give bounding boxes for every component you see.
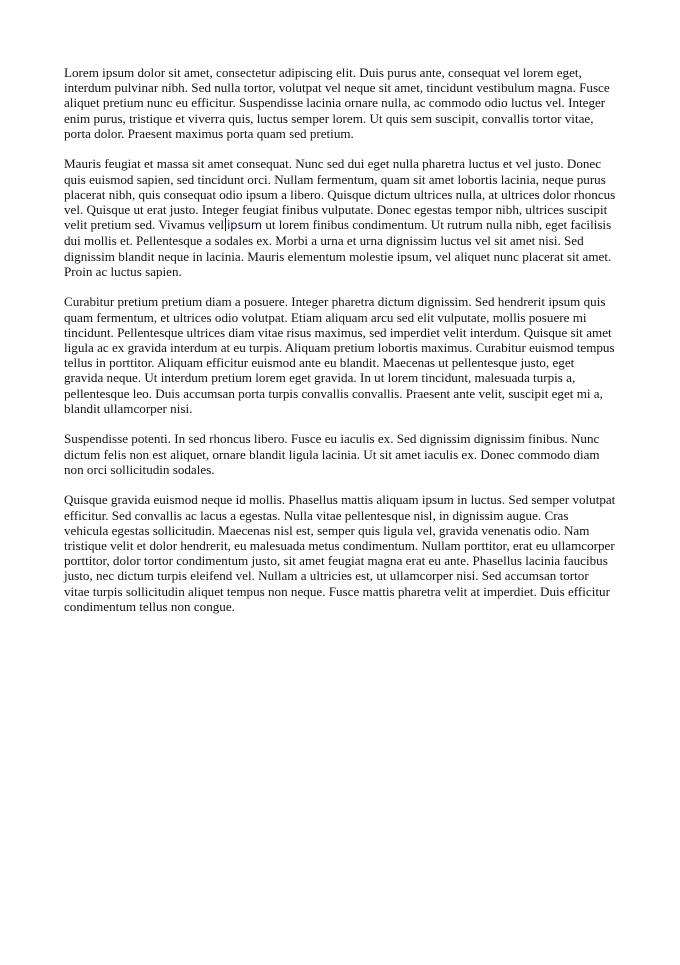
- paragraph-1: Lorem ipsum dolor sit amet, consectetur …: [64, 65, 616, 141]
- paragraph-3: Curabitur pretium pretium diam a posuere…: [64, 294, 616, 416]
- paragraph-5: Quisque gravida euismod neque id mollis.…: [64, 492, 616, 614]
- text-cursor: [225, 218, 226, 231]
- document-page: Lorem ipsum dolor sit amet, consectetur …: [0, 0, 680, 965]
- inserted-word: ipsum: [227, 218, 262, 232]
- document-body[interactable]: Lorem ipsum dolor sit amet, consectetur …: [64, 65, 616, 629]
- paragraph-2: Mauris feugiat et massa sit amet consequ…: [64, 156, 616, 279]
- paragraph-4: Suspendisse potenti. In sed rhoncus libe…: [64, 431, 616, 477]
